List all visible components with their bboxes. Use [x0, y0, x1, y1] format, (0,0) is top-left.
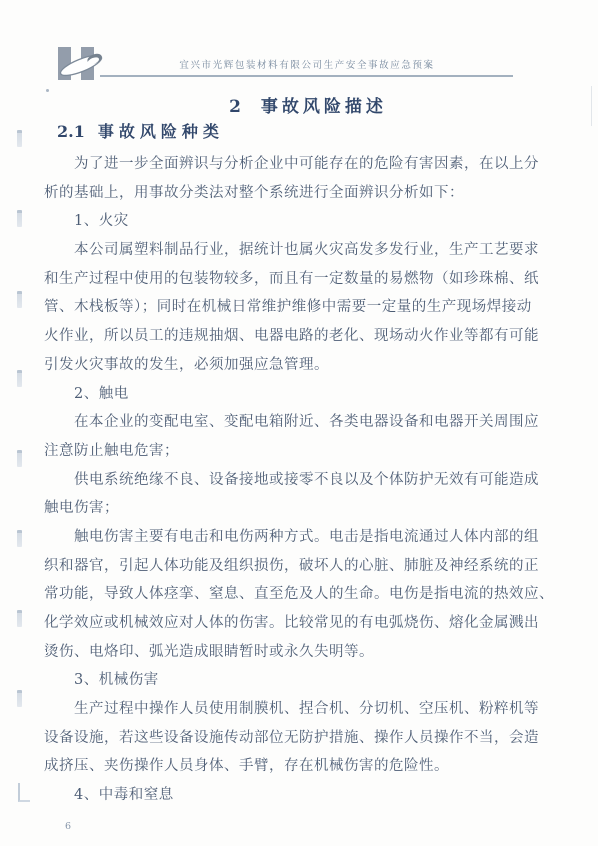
- body-line: 注意防止触电危害；: [44, 437, 556, 466]
- body-line: 引发火灾事故的发生，必须加强应急管理。: [44, 351, 556, 380]
- body-line: 析的基础上，用事故分类法对整个系统进行全面辨识分析如下：: [44, 179, 556, 208]
- header-document-title: 宜兴市光辉包装材料有限公司生产安全事故应急预案: [100, 57, 514, 71]
- body-line: 织和器官，引起人体功能及组织损伤，破坏人的心脏、肺脏及神经系统的正: [44, 552, 556, 581]
- binding-mark: [17, 291, 22, 308]
- binding-mark: [17, 450, 22, 467]
- header-rule: [100, 75, 513, 77]
- document-page: 宜兴市光辉包装材料有限公司生产安全事故应急预案 2事故风险描述 2.1事故风险种…: [0, 0, 598, 846]
- body-line: 3、机械伤害: [44, 666, 556, 695]
- body-line: 为了进一步全面辨识与分析企业中可能存在的危险有害因素，在以上分: [44, 150, 556, 179]
- body-line: 化学效应或机械效应对人体的伤害。比较常见的有电弧烧伤、熔化金属溅出: [44, 609, 556, 638]
- body-line: 生产过程中操作人员使用制膜机、捏合机、分切机、空压机、粉粹机等: [44, 695, 556, 724]
- chapter-title: 2事故风险描述: [0, 92, 598, 117]
- section-heading-text: 事故风险种类: [98, 122, 224, 141]
- chapter-title-text: 事故风险描述: [261, 97, 387, 117]
- body-line: 烫伤、电烙印、弧光造成眼睛暂时或永久失明等。: [44, 638, 556, 667]
- binding-mark: [17, 210, 22, 227]
- page-number: 6: [65, 821, 71, 832]
- body-line: 管、木栈板等）；同时在机械日常维护维修中需要一定量的生产现场焊接动: [44, 293, 556, 322]
- section-heading: 2.1事故风险种类: [57, 119, 224, 142]
- binding-corner-mark: [18, 783, 30, 802]
- body-line: 触电伤害主要有电击和电伤两种方式。电击是指电流通过人体内部的组: [44, 523, 556, 552]
- body-text: 为了进一步全面辨识与分析企业中可能存在的危险有害因素，在以上分 析的基础上，用事…: [44, 150, 556, 810]
- binding-mark: [17, 610, 22, 627]
- binding-mark: [17, 690, 22, 707]
- body-line: 供电系统绝缘不良、设备接地或接零不良以及个体防护无效有可能造成: [44, 466, 556, 495]
- binding-mark: [17, 530, 22, 547]
- body-line: 常功能，导致人体痉挛、窒息、直至危及人的生命。电伤是指电流的热效应、: [44, 580, 556, 609]
- binding-mark: [17, 370, 22, 387]
- body-line: 1、火灾: [44, 207, 556, 236]
- binding-mark: [17, 130, 22, 147]
- body-line: 和生产过程中使用的包装物较多，而且有一定数量的易燃物（如珍珠棉、纸: [44, 265, 556, 294]
- section-number: 2.1: [57, 122, 85, 141]
- body-line: 在本企业的变配电室、变配电箱附近、各类电器设备和电器开关周围应: [44, 408, 556, 437]
- body-line: 成挤压、夹伤操作人员身体、手臂，存在机械伤害的危险性。: [44, 752, 556, 781]
- body-line: 2、触电: [44, 380, 556, 409]
- body-line: 设备设施，若这些设备设施传动部位无防护措施、操作人员操作不当，会造: [44, 724, 556, 753]
- chapter-number: 2: [229, 97, 241, 117]
- body-line: 火作业，所以员工的违规抽烟、电器电路的老化、现场动火作业等都有可能: [44, 322, 556, 351]
- body-line: 4、中毒和窒息: [44, 781, 556, 810]
- body-line: 触电伤害；: [44, 494, 556, 523]
- body-line: 本公司属塑料制品行业，据统计也属火灾高发多发行业，生产工艺要求: [44, 236, 556, 265]
